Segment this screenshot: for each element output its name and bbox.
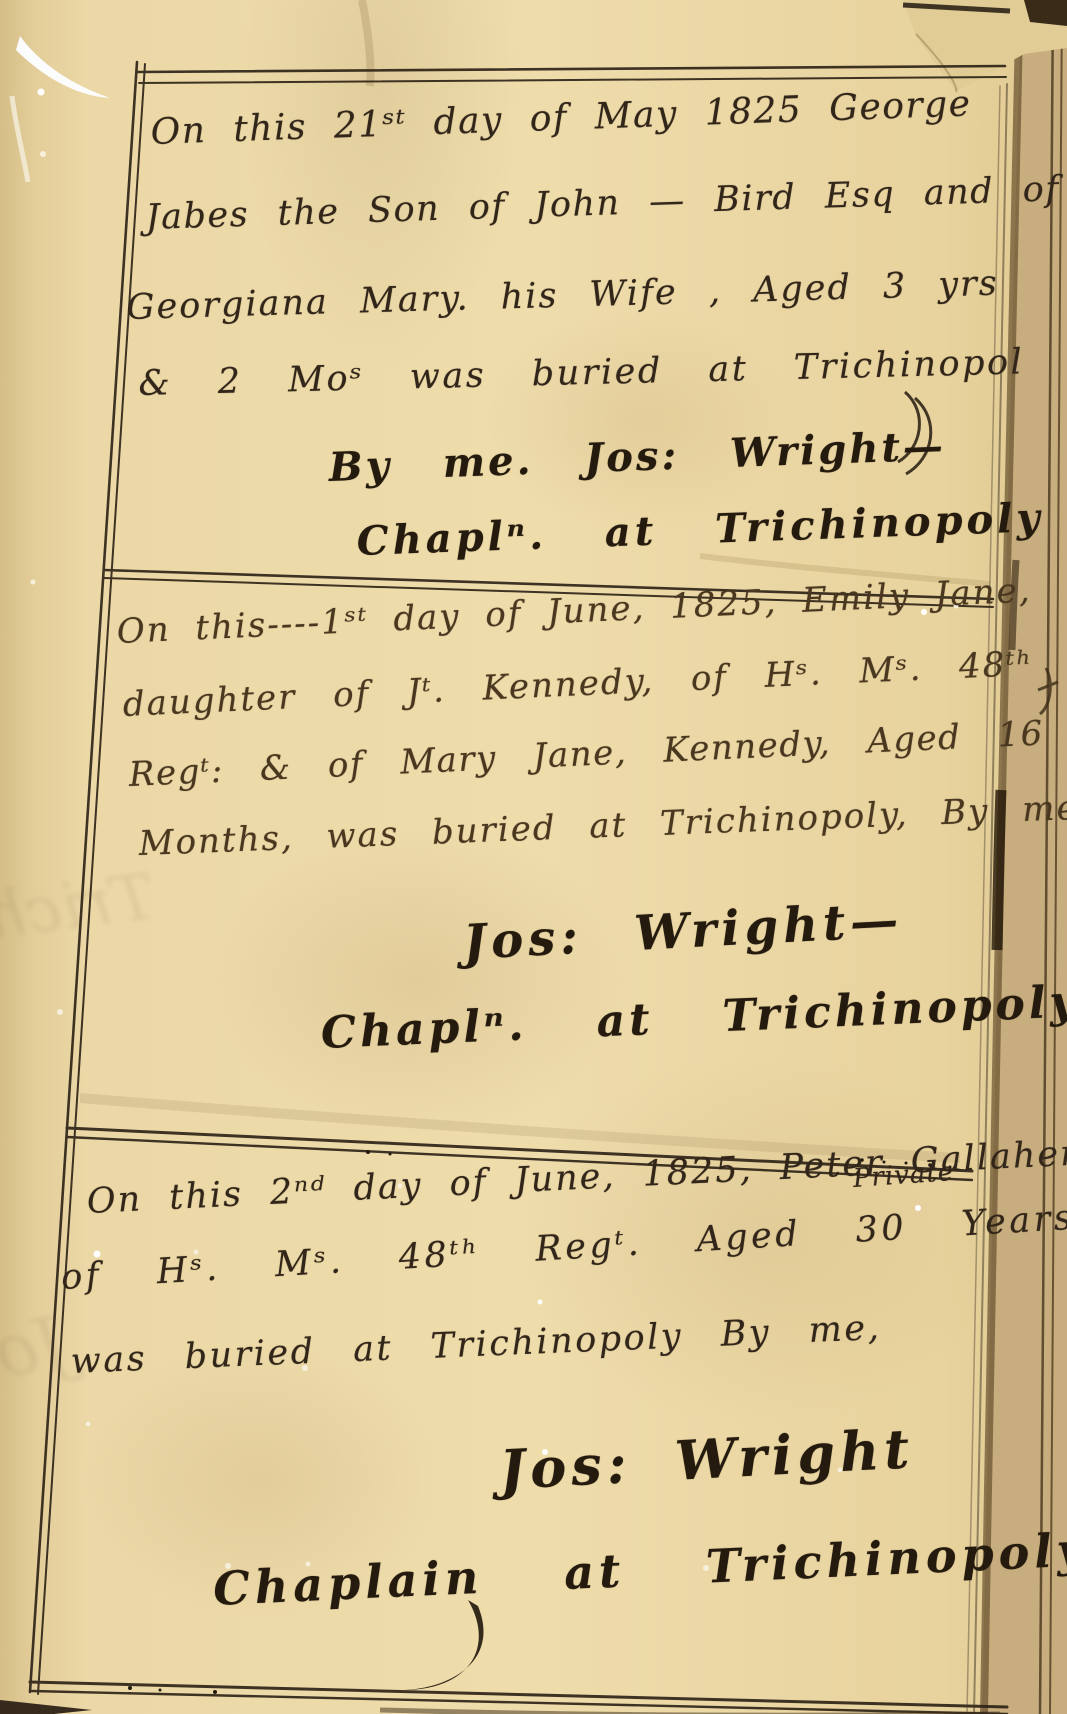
signature-flourish [404,1600,483,1690]
glossy-sliver [16,36,110,98]
photographed-register-page: Trichinopoly Jos Wright [0,0,1067,1714]
